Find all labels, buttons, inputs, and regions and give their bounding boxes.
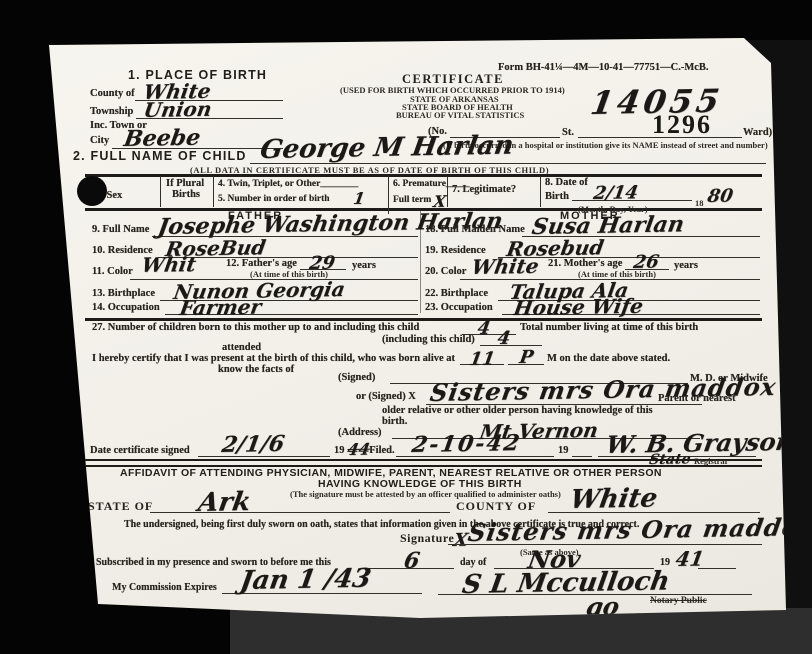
form-number: Form BH-41¼—4M—10-41—77751—C.-McB.: [498, 62, 709, 73]
year2-line: [572, 456, 592, 457]
filed-label: . Filed.: [364, 445, 395, 456]
birth-word-label: birth.: [382, 416, 407, 427]
year3-line: [698, 568, 736, 569]
father-name-label: 9. Full Name: [92, 224, 149, 235]
mother-color-label: 20. Color: [425, 266, 466, 277]
birth-order-label: 5. Number in order of birth: [218, 194, 330, 204]
state-of-handwriting: Ark: [196, 487, 253, 518]
county-of-handwriting: White: [568, 483, 660, 515]
hour-handwriting: 11: [468, 349, 496, 370]
address-label: (Address): [338, 427, 382, 438]
table-top-rule: [85, 174, 762, 177]
child-name-handwriting: George M Harlan: [258, 131, 516, 165]
children-count-handwriting-1: 4: [476, 318, 492, 339]
st-label: St.: [562, 127, 574, 138]
father-age-label: 12. Father's age: [226, 258, 297, 269]
day-of-label: day of: [460, 557, 486, 568]
signed-label: (Signed): [338, 372, 375, 383]
plural-births-label-1: If Plural: [166, 178, 204, 189]
year-printed: 18: [695, 198, 704, 208]
know-facts-overwrite: know the facts of: [218, 364, 294, 375]
city-handwriting: Beebe: [122, 125, 202, 152]
attended-overwrite: attended: [222, 342, 261, 353]
signature-label: Signature: [400, 531, 454, 546]
commission-handwriting: Jan 1 /43: [238, 564, 373, 596]
year1-printed: 19: [334, 445, 345, 456]
certificate-paper: 1. PLACE OF BIRTH County of White Townsh…: [0, 0, 812, 654]
children-living-label: Total number living at time of this birt…: [520, 322, 698, 333]
plural-births-label-2: Births: [172, 189, 200, 200]
mother-age-label: 21. Mother's age: [548, 258, 622, 269]
org-bureau: BUREAU OF VITAL STATISTICS: [396, 110, 524, 120]
mother-name-label: 18. Full Maiden Name: [425, 224, 525, 235]
filed-handwriting: 2-10-42: [410, 430, 523, 458]
file-number-stamp: 1296: [652, 110, 712, 140]
commission-label: My Commission Expires: [112, 582, 217, 593]
father-occupation-handwriting: Farmer: [178, 295, 263, 320]
full-term-label: Full term: [393, 195, 431, 205]
county-label: County of: [90, 88, 135, 99]
table-col-line-1: [160, 176, 161, 207]
township-handwriting: Union: [142, 97, 213, 122]
father-color-label: 11. Color: [92, 266, 133, 277]
scanned-birth-certificate: 1. PLACE OF BIRTH County of White Townsh…: [0, 0, 812, 654]
date-signed-label: Date certificate signed: [90, 445, 190, 456]
certify-line-1: I hereby certify that I was present at t…: [92, 353, 455, 364]
hole-punch-mark-bottom: [54, 424, 80, 450]
signature-line: [448, 544, 762, 545]
section-rule: [85, 318, 762, 321]
father-years-label: years: [352, 260, 376, 271]
st-line: [578, 137, 742, 138]
township-label: Township: [90, 106, 133, 117]
registrar-handwriting: W. B. Grayson: [604, 427, 796, 459]
hole-punch-mark-top: [77, 176, 107, 206]
father-occupation-label: 14. Occupation: [92, 302, 160, 313]
signature-handwriting: Sisters mrs Ora maddox: [466, 512, 812, 547]
date-signed-handwriting: 2/1/6: [220, 431, 286, 458]
legitimate-label: 7. Legitimate?: [452, 184, 516, 195]
mother-birthplace-label: 22. Birthplace: [425, 288, 488, 299]
children-count-label: 27. Number of children born to this moth…: [92, 322, 419, 333]
father-birthplace-label: 13. Birthplace: [92, 288, 155, 299]
or-signed-label: or (Signed) X: [356, 391, 416, 402]
twin-label: 4. Twin, Triplet, or Other________: [218, 179, 358, 189]
notary-public-label: Notary Public: [650, 596, 707, 606]
child-name-label: 2. FULL NAME OF CHILD: [73, 149, 247, 163]
mother-years-label: years: [674, 260, 698, 271]
table-col-line-5: [540, 176, 541, 207]
table-col-line-2: [213, 176, 214, 207]
father-color-handwriting: Whit: [140, 252, 198, 277]
affidavit-note: (The signature must be attested by an of…: [290, 489, 561, 499]
birth-order-handwriting: 1: [352, 189, 366, 208]
mother-occupation-handwriting: House Wife: [512, 294, 645, 320]
county-of-label: COUNTY OF: [456, 499, 536, 514]
ampm-handwriting: P: [518, 347, 535, 368]
table-col-line-3: [388, 176, 389, 214]
city-label: City: [90, 135, 109, 146]
certify-line-2: M on the date above stated.: [547, 353, 670, 364]
older-relative-label: older relative or other older person hav…: [382, 405, 653, 416]
ward-label: Ward): [743, 127, 772, 138]
including-child-label: (including this child): [382, 334, 475, 345]
date-of-birth-handwriting: 2/14: [592, 182, 640, 204]
date-of-birth-label-2: Birth: [545, 191, 569, 202]
state-of-label: STATE OF: [88, 499, 153, 514]
day-handwriting: 6: [402, 548, 421, 574]
year2-printed: 19: [558, 445, 569, 456]
date-of-birth-label-1: 8. Date of: [545, 177, 588, 188]
parent-nearest-label: Parent or nearest: [658, 393, 736, 404]
mother-color-handwriting: White: [470, 254, 541, 279]
year-handwriting: 80: [706, 186, 734, 207]
state-of-line: [150, 512, 450, 513]
mother-occupation-label: 23. Occupation: [425, 302, 493, 313]
